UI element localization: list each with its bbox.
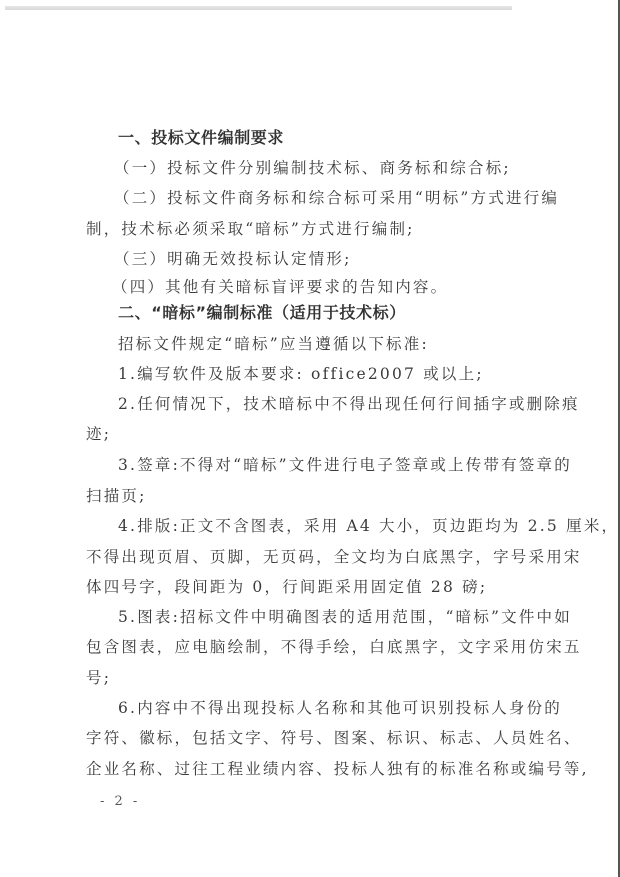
text-line: 包含图表，应电脑绘制，不得手绘，白底黑字，文字采用仿宋五 [86,637,582,657]
text-line: （三）明确无效投标认定情形; [114,249,352,269]
text-line: 企业名称、过往工程业绩内容、投标人独有的标准名称或编号等, [86,759,589,779]
text-line: 制，技术标必须采取“暗标”方式进行编制; [86,219,415,239]
text-line: 2.任何情况下，技术暗标中不得出现任何行间插字或删除痕 [118,394,580,414]
text-line: 迹; [86,424,111,444]
text-line: （二）投标文件商务标和综合标可采用“明标”方式进行编 [114,188,559,208]
text-line: 扫描页; [86,486,147,506]
text-line: 6.内容中不得出现投标人名称和其他可识别投标人身份的 [118,698,562,718]
top-scan-rule [5,6,512,10]
text-line: 4.排版:正文不含图表，采用 A4 大小，页边距均为 2.5 厘米， [118,516,619,536]
section-heading: 一、投标文件编制要求 [118,128,284,148]
text-line: 体四号字，段间距为 0，行间距采用固定值 28 磅; [86,577,487,597]
text-line: 5.图表:招标文件中明确图表的适用范围，“暗标”文件中如 [118,607,572,627]
text-line: 招标文件规定“暗标”应当遵循以下标准: [118,334,429,354]
text-line: （四）其他有关暗标盲评要求的告知内容。 [112,277,448,297]
text-line: 号; [86,668,111,688]
text-line: 不得出现页眉、页脚，无页码，全文均为白底黑字，字号采用宋 [86,547,582,567]
text-line: 字符、徽标，包括文字、符号、图案、标识、标志、人员姓名、 [86,728,582,748]
text-line: 1.编写软件及版本要求: office2007 或以上; [118,364,484,384]
text-line: 3.签章:不得对“暗标”文件进行电子签章或上传带有签章的 [118,455,572,475]
page-number: - 2 - [100,794,140,809]
text-line: （一）投标文件分别编制技术标、商务标和综合标; [114,158,511,178]
section-heading: 二、“暗标”编制标准（适用于技术标） [118,303,406,323]
